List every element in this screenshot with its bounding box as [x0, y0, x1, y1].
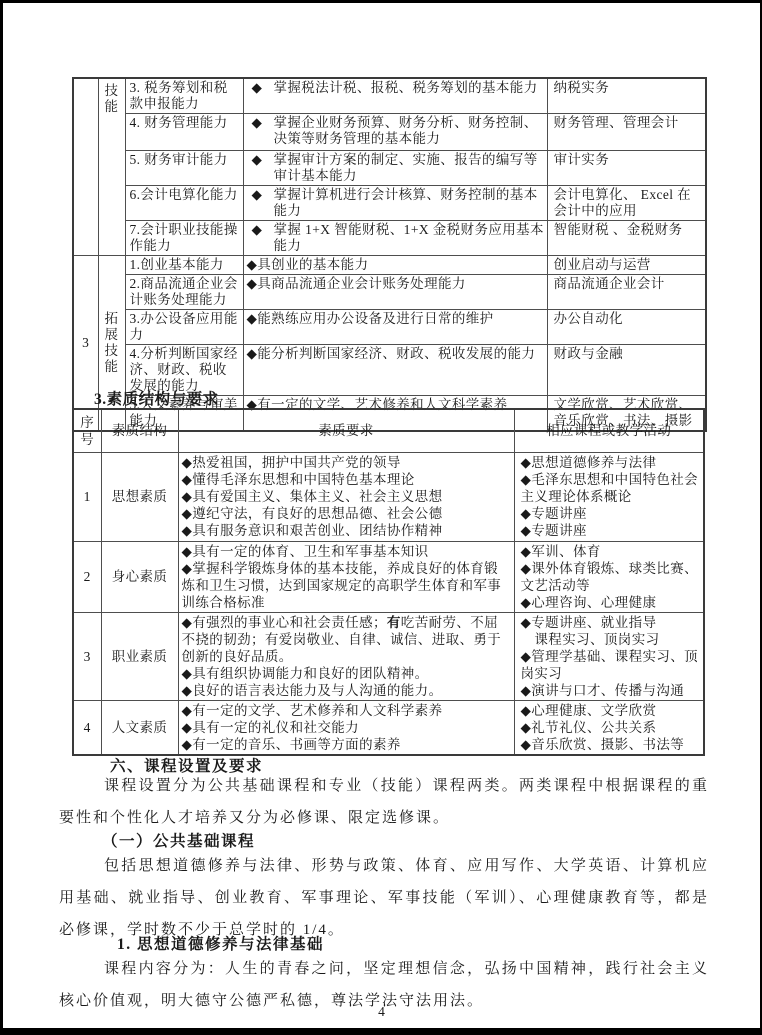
- bold-text: 有: [387, 615, 401, 630]
- document-page: 技能 3. 税务筹划和税款申报能力 ◆掌握税法计税、报税、税务筹划的基本能力 纳…: [0, 0, 762, 1035]
- public-basic-course-heading: （一）公共基础课程: [102, 829, 255, 851]
- course-cell: 财政与金融: [547, 345, 706, 396]
- table-header-row: 序号 素质结构 素质要求 相应课程或教学活动: [73, 409, 704, 452]
- page-number: 4: [3, 1004, 760, 1020]
- quality-name-cell: 职业素质: [101, 612, 178, 700]
- quality-requirements-cell: ◆热爱祖国，拥护中国共产党的领导 ◆懂得毛泽东思想和中国特色基本理论 ◆具有爱国…: [178, 452, 514, 541]
- quality-courses-cell: ◆思想道德修养与法律 ◆毛泽东思想和中国特色社会主义理论体系概论 ◆专题讲座 ◆…: [514, 452, 704, 541]
- diamond-bullet-icon: ◆: [247, 152, 274, 168]
- diamond-bullet-icon: ◆: [247, 115, 274, 131]
- diamond-bullet-icon: ◆: [247, 222, 274, 238]
- ability-cell: 4. 财务管理能力: [125, 114, 243, 151]
- requirement-cell: ◆能熟练应用办公设备及进行日常的维护: [243, 310, 547, 345]
- table-row: 1 思想素质 ◆热爱祖国，拥护中国共产党的领导 ◆懂得毛泽东思想和中国特色基本理…: [73, 452, 704, 541]
- quality-courses-cell: ◆心理健康、文学欣赏 ◆礼节礼仪、公共关系 ◆音乐欣赏、摄影、书法等: [514, 700, 704, 755]
- quality-requirements-cell: ◆有强烈的事业心和社会责任感；有吃苦耐劳、不屈不挠的韧劲；有爱岗敬业、自律、诚信…: [178, 612, 514, 700]
- section-index-cell: [73, 78, 98, 256]
- row-number-cell: 1: [73, 452, 101, 541]
- table-row: 4. 财务管理能力 ◆掌握企业财务预算、财务分析、财务控制、决策等财务管理的基本…: [73, 114, 706, 151]
- table-row: 3 拓展技能 1.创业基本能力 ◆具创业的基本能力 创业启动与运营: [73, 256, 706, 275]
- ability-cell: 6.会计电算化能力: [125, 186, 243, 221]
- course-cell: 办公自动化: [547, 310, 706, 345]
- diamond-bullet-icon: ◆: [247, 80, 274, 96]
- course-cell: 财务管理、管理会计: [547, 114, 706, 151]
- row-number-cell: 4: [73, 700, 101, 755]
- ideology-course-heading: 1. 思想道德修养与法律基础: [117, 932, 324, 954]
- table-row: 2.商品流通企业会计账务处理能力 ◆具商品流通企业会计账务处理能力 商品流通企业…: [73, 275, 706, 310]
- quality-requirements-cell: ◆具有一定的体育、卫生和军事基本知识 ◆掌握科学锻炼身体的基本技能，养成良好的体…: [178, 541, 514, 612]
- course-cell: 纳税实务: [547, 78, 706, 114]
- quality-requirements-cell: ◆有一定的文学、艺术修养和人文科学素养 ◆具有一定的礼仪和社交能力 ◆有一定的音…: [178, 700, 514, 755]
- requirement-cell: ◆掌握审计方案的制定、实施、报告的编写等审计基本能力: [243, 151, 547, 186]
- diamond-bullet-icon: ◆: [247, 187, 274, 203]
- table-row: 3.办公设备应用能力 ◆能熟练应用办公设备及进行日常的维护 办公自动化: [73, 310, 706, 345]
- ability-cell: 2.商品流通企业会计账务处理能力: [125, 275, 243, 310]
- ability-cell: 7.会计职业技能操作能力: [125, 221, 243, 256]
- table-row: 3 职业素质 ◆有强烈的事业心和社会责任感；有吃苦耐劳、不屈不挠的韧劲；有爱岗敬…: [73, 612, 704, 700]
- table-row: 技能 3. 税务筹划和税款申报能力 ◆掌握税法计税、报税、税务筹划的基本能力 纳…: [73, 78, 706, 114]
- quality-name-cell: 身心素质: [101, 541, 178, 612]
- quality-section-heading: 3.素质结构与要求: [94, 387, 219, 409]
- table-row: 7.会计职业技能操作能力 ◆掌握 1+X 智能财税、1+X 金税财务应用基本能力…: [73, 221, 706, 256]
- quality-courses-cell: ◆军训、体育 ◆课外体育锻炼、球类比赛、文艺活动等 ◆心理咨询、心理健康: [514, 541, 704, 612]
- column-header: 序号: [73, 409, 101, 452]
- ability-cell: 3.办公设备应用能力: [125, 310, 243, 345]
- requirement-cell: ◆掌握税法计税、报税、税务筹划的基本能力: [243, 78, 547, 114]
- table-row: 5. 财务审计能力 ◆掌握审计方案的制定、实施、报告的编写等审计基本能力 审计实…: [73, 151, 706, 186]
- requirement-cell: ◆掌握 1+X 智能财税、1+X 金税财务应用基本能力: [243, 221, 547, 256]
- column-header: 素质结构: [101, 409, 178, 452]
- column-header: 素质要求: [178, 409, 514, 452]
- course-cell: 商品流通企业会计: [547, 275, 706, 310]
- row-number-cell: 2: [73, 541, 101, 612]
- table-row: 2 身心素质 ◆具有一定的体育、卫生和军事基本知识 ◆掌握科学锻炼身体的基本技能…: [73, 541, 704, 612]
- table-row: 4 人文素质 ◆有一定的文学、艺术修养和人文科学素养 ◆具有一定的礼仪和社交能力…: [73, 700, 704, 755]
- requirement-cell: ◆掌握企业财务预算、财务分析、财务控制、决策等财务管理的基本能力: [243, 114, 547, 151]
- requirement-cell: ◆具创业的基本能力: [243, 256, 547, 275]
- course-cell: 会计电算化、 Excel 在会计中的应用: [547, 186, 706, 221]
- quality-name-cell: 思想素质: [101, 452, 178, 541]
- table-row: 6.会计电算化能力 ◆掌握计算机进行会计核算、财务控制的基本能力 会计电算化、 …: [73, 186, 706, 221]
- group-label-cell: 技能: [98, 78, 125, 256]
- quality-courses-cell: ◆专题讲座、就业指导 课程实习、顶岗实习 ◆管理学基础、课程实习、顶岗实习 ◆演…: [514, 612, 704, 700]
- requirement-cell: ◆能分析判断国家经济、财政、税收发展的能力: [243, 345, 547, 396]
- course-cell: 创业启动与运营: [547, 256, 706, 275]
- quality-table: 序号 素质结构 素质要求 相应课程或教学活动 1 思想素质 ◆热爱祖国，拥护中国…: [72, 408, 705, 756]
- requirement-cell: ◆具商品流通企业会计账务处理能力: [243, 275, 547, 310]
- requirement-cell: ◆掌握计算机进行会计核算、财务控制的基本能力: [243, 186, 547, 221]
- ability-cell: 3. 税务筹划和税款申报能力: [125, 78, 243, 114]
- column-header: 相应课程或教学活动: [514, 409, 704, 452]
- row-number-cell: 3: [73, 612, 101, 700]
- course-cell: 智能财税 、金税财务: [547, 221, 706, 256]
- ability-cell: 5. 财务审计能力: [125, 151, 243, 186]
- paragraph: 课程设置分为公共基础课程和专业（技能）课程两类。两类课程中根据课程的重要性和个性…: [59, 770, 709, 834]
- course-cell: 审计实务: [547, 151, 706, 186]
- quality-name-cell: 人文素质: [101, 700, 178, 755]
- ability-table: 技能 3. 税务筹划和税款申报能力 ◆掌握税法计税、报税、税务筹划的基本能力 纳…: [72, 77, 707, 432]
- ability-cell: 1.创业基本能力: [125, 256, 243, 275]
